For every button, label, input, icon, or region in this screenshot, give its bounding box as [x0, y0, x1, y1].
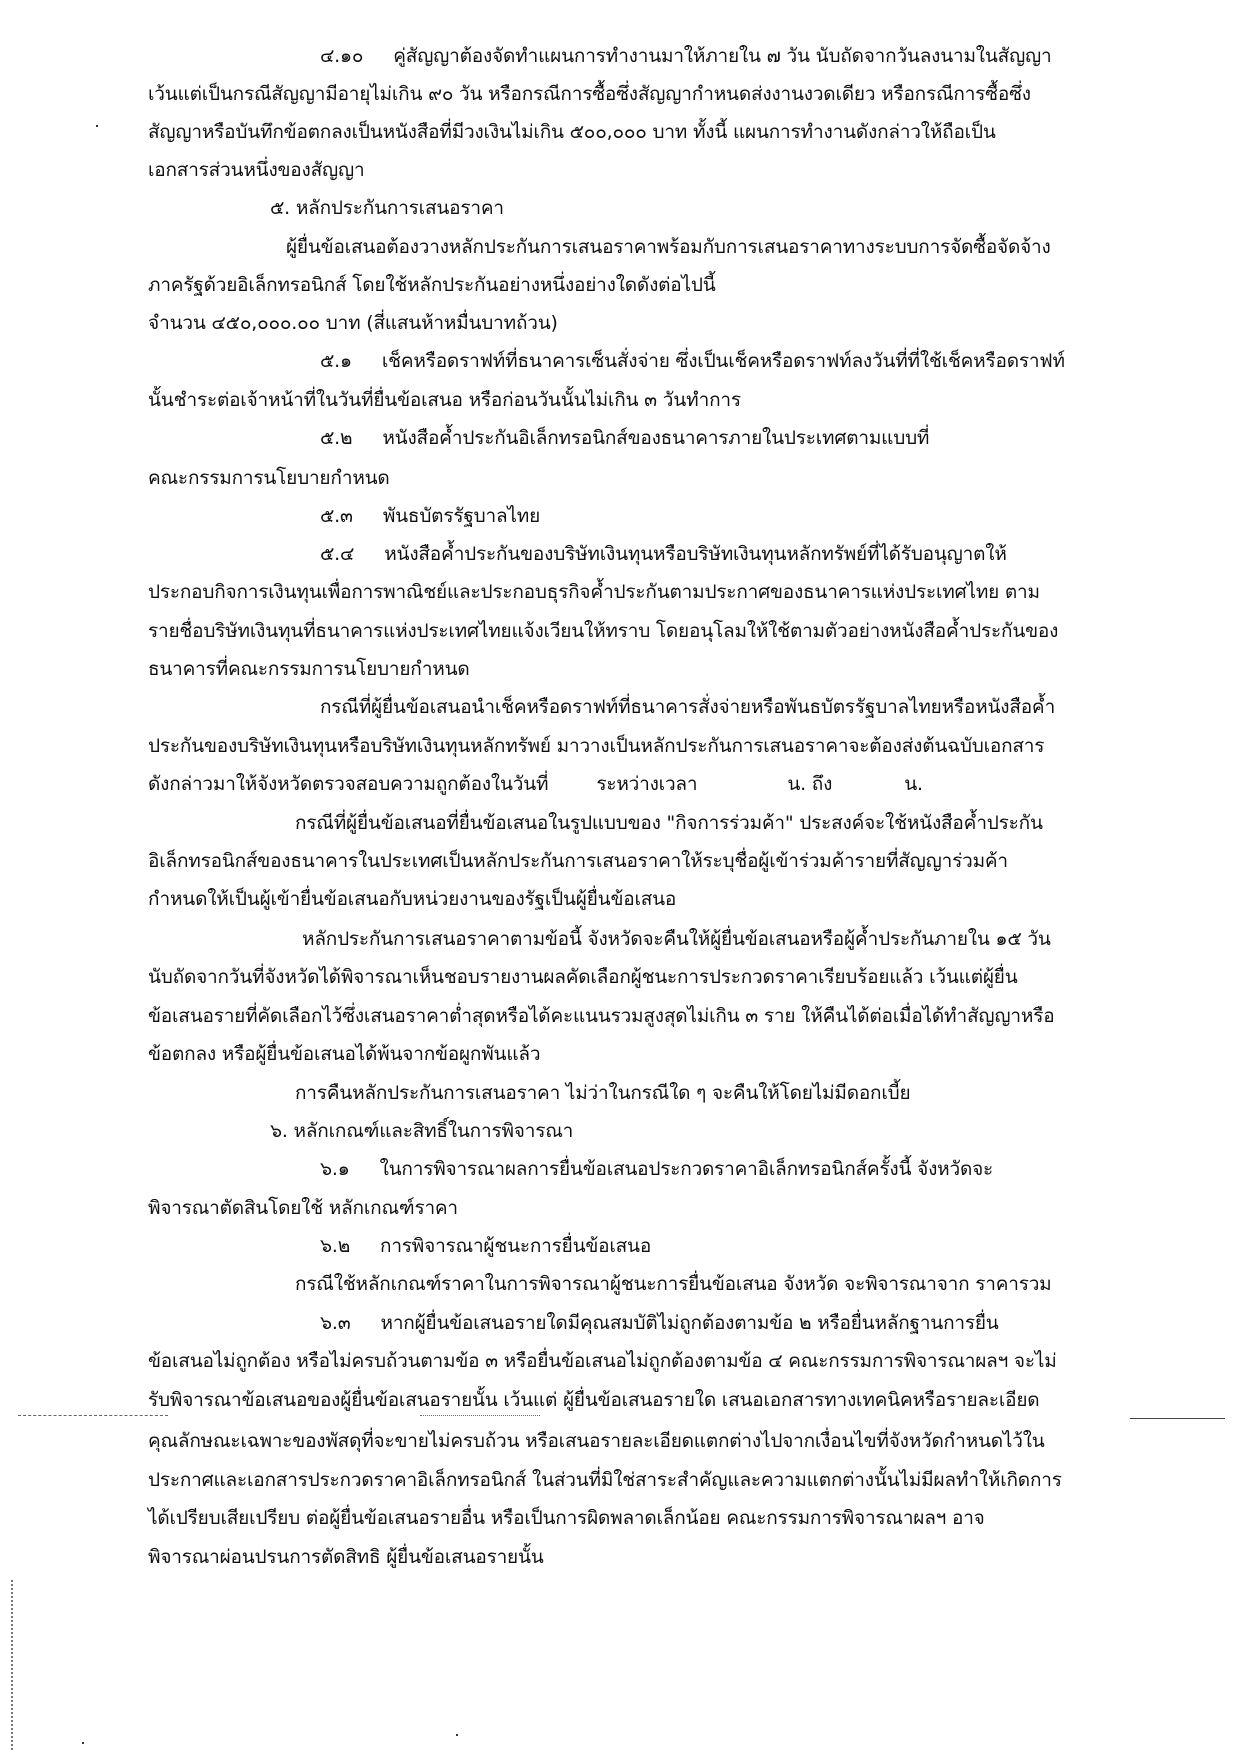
clause-text: หากผู้ยื่นข้อเสนอรายใดมีคุณสมบัติไม่ถูกต…: [381, 1312, 999, 1334]
clause-number: ๕.๒: [320, 425, 352, 451]
return-para-line-1: หลักประกันการเสนอราคาตามข้อนี้ จังหวัดจะ…: [302, 926, 1051, 952]
document-page: ๔.๑๐คู่สัญญาต้องจัดทำแผนการทำงานมาให้ภาย…: [0, 0, 1241, 1755]
section-5-para-line-2: ภาครัฐด้วยอิเล็กทรอนิกส์ โดยใช้หลักประกั…: [148, 272, 716, 298]
scan-artifact-dash-right: [1130, 1418, 1225, 1419]
no-interest-note: การคืนหลักประกันการเสนอราคา ไม่ว่าในกรณี…: [295, 1080, 910, 1106]
clause-5-1-line-2: นั้นชำระต่อเจ้าหน้าที่ในวันที่ยื่นข้อเสน…: [148, 387, 741, 413]
clause-6-3-line-1: ๖.๓หากผู้ยื่นข้อเสนอรายใดมีคุณสมบัติไม่ถ…: [320, 1310, 999, 1336]
clause-4-10-line-4: เอกสารส่วนหนึ่งของสัญญา: [148, 157, 364, 183]
clause-6-1-line-1: ๖.๑ในการพิจารณาผลการยื่นข้อเสนอประกวดราค…: [320, 1156, 993, 1182]
clause-5-4-line-2: ประกอบกิจการเงินทุนเพื่อการพาณิชย์และประ…: [148, 579, 1040, 605]
clause-number: ๖.๑: [320, 1156, 350, 1182]
time-to-label: น.: [904, 773, 923, 795]
clause-6-3-line-6: ได้เปรียบเสียเปรียบ ต่อผู้ยื่นข้อเสนอราย…: [148, 1505, 985, 1531]
clause-text: หนังสือค้ำประกันอิเล็กทรอนิกส์ของธนาคารภ…: [382, 427, 929, 449]
clause-5-2-line-1: ๕.๒หนังสือค้ำประกันอิเล็กทรอนิกส์ของธนาค…: [320, 425, 929, 451]
clause-number: ๕.๑: [320, 348, 352, 374]
clause-text: ในการพิจารณาผลการยื่นข้อเสนอประกวดราคาอิ…: [380, 1158, 993, 1180]
clause-4-10-line-1: ๔.๑๐คู่สัญญาต้องจัดทำแผนการทำงานมาให้ภาย…: [320, 43, 1052, 69]
clause-number: ๕.๓: [320, 503, 353, 529]
clause-4-10-line-2: เว้นแต่เป็นกรณีสัญญามีอายุไม่เกิน ๙๐ วัน…: [148, 81, 1031, 107]
scan-artifact-dash-left: [18, 1415, 168, 1416]
clause-6-2: ๖.๒การพิจารณาผู้ชนะการยื่นข้อเสนอ: [320, 1233, 651, 1259]
clause-5-3: ๕.๓พันธบัตรรัฐบาลไทย: [320, 503, 540, 529]
clause-6-3-line-5: ประกาศและเอกสารประกวดราคาอิเล็กทรอนิกส์ …: [148, 1467, 1062, 1493]
clause-number: ๔.๑๐: [320, 43, 363, 69]
guarantee-amount: จำนวน ๔๕๐,๐๐๐.๐๐ บาท (สี่แสนห้าหมื่นบาทถ…: [148, 310, 558, 336]
time-range-label: ระหว่างเวลา: [596, 773, 697, 795]
joint-venture-para-line-1: กรณีที่ผู้ยื่นข้อเสนอที่ยื่นข้อเสนอในรูป…: [295, 810, 1043, 836]
clause-4-10-line-3: สัญญาหรือบันทึกข้อตกลงเป็นหนังสือที่มีวง…: [148, 119, 996, 145]
time-from-label: น. ถึง: [787, 773, 832, 795]
clause-5-4-line-1: ๕.๔หนังสือค้ำประกันของบริษัทเงินทุนหรือบ…: [320, 541, 1007, 567]
cheque-para-line-1: กรณีที่ผู้ยื่นข้อเสนอนำเช็คหรือดราฟท์ที่…: [320, 694, 1055, 720]
return-para-line-4: ข้อตกลง หรือผู้ยื่นข้อเสนอได้พ้นจากข้อผู…: [148, 1041, 540, 1067]
clause-text: พันธบัตรรัฐบาลไทย: [383, 505, 540, 527]
section-6-heading: ๖. หลักเกณฑ์และสิทธิ์ในการพิจารณา: [270, 1118, 573, 1144]
clause-6-3-line-3: รับพิจารณาข้อเสนอของผู้ยื่นข้อเสนอรายนั้…: [148, 1387, 1039, 1413]
clause-6-3-line-2: ข้อเสนอไม่ถูกต้อง หรือไม่ครบถ้วนตามข้อ ๓…: [148, 1348, 1057, 1374]
scan-artifact-margin-dots: [11, 1580, 13, 1750]
cheque-para-line-2: ประกันของบริษัทเงินทุนหรือบริษัทเงินทุนห…: [148, 733, 1044, 759]
clause-number: ๖.๒: [320, 1233, 350, 1259]
joint-venture-para-line-3: กำหนดให้เป็นผู้เข้ายื่นข้อเสนอกับหน่วยงา…: [148, 886, 676, 912]
scan-artifact-dash-mid: [420, 1415, 540, 1416]
clause-5-1-line-1: ๕.๑เช็คหรือดราฟท์ที่ธนาคารเซ็นสั่งจ่าย ซ…: [320, 348, 1065, 374]
clause-text: เช็คหรือดราฟท์ที่ธนาคารเซ็นสั่งจ่าย ซึ่ง…: [382, 350, 1065, 372]
joint-venture-para-line-2: อิเล็กทรอนิกส์ของธนาคารในประเทศเป็นหลักป…: [148, 848, 1008, 874]
clause-text: การพิจารณาผู้ชนะการยื่นข้อเสนอ: [380, 1235, 651, 1257]
clause-6-3-line-7: พิจารณาผ่อนปรนการตัดสิทธิ ผู้ยื่นข้อเสนอ…: [148, 1544, 544, 1570]
clause-number: ๕.๔: [320, 541, 354, 567]
clause-text: คู่สัญญาต้องจัดทำแผนการทำงานมาให้ภายใน ๗…: [393, 45, 1051, 67]
clause-5-2-line-2: คณะกรรมการนโยบายกำหนด: [148, 465, 390, 491]
cheque-para-text: ดังกล่าวมาให้จังหวัดตรวจสอบความถูกต้องใน…: [148, 773, 548, 795]
clause-6-3-line-4: คุณลักษณะเฉพาะของพัสดุที่จะขายไม่ครบถ้วน…: [148, 1428, 1045, 1454]
clause-5-4-line-4: ธนาคารที่คณะกรรมการนโยบายกำหนด: [148, 656, 470, 682]
clause-text: หนังสือค้ำประกันของบริษัทเงินทุนหรือบริษ…: [384, 543, 1006, 565]
return-para-line-2: นับถัดจากวันที่จังหวัดได้พิจารณาเห็นชอบร…: [148, 964, 1018, 990]
section-5-heading: ๕. หลักประกันการเสนอราคา: [270, 195, 504, 221]
section-5-para-line-1: ผู้ยื่นข้อเสนอต้องวางหลักประกันการเสนอรา…: [286, 234, 1051, 260]
scan-speck: [82, 1742, 84, 1744]
scan-speck: [96, 125, 98, 127]
scan-speck: [456, 1734, 458, 1736]
cheque-para-line-3: ดังกล่าวมาให้จังหวัดตรวจสอบความถูกต้องใน…: [148, 771, 923, 797]
clause-6-1-line-2: พิจารณาตัดสินโดยใช้ หลักเกณฑ์ราคา: [148, 1195, 458, 1221]
return-para-line-3: ข้อเสนอรายที่คัดเลือกไว้ซึ่งเสนอราคาต่ำส…: [148, 1003, 1054, 1029]
clause-number: ๖.๓: [320, 1310, 351, 1336]
clause-5-4-line-3: รายชื่อบริษัทเงินทุนที่ธนาคารแห่งประเทศไ…: [148, 618, 1058, 644]
price-criteria-note: กรณีใช้หลักเกณฑ์ราคาในการพิจารณาผู้ชนะกา…: [295, 1271, 1052, 1297]
